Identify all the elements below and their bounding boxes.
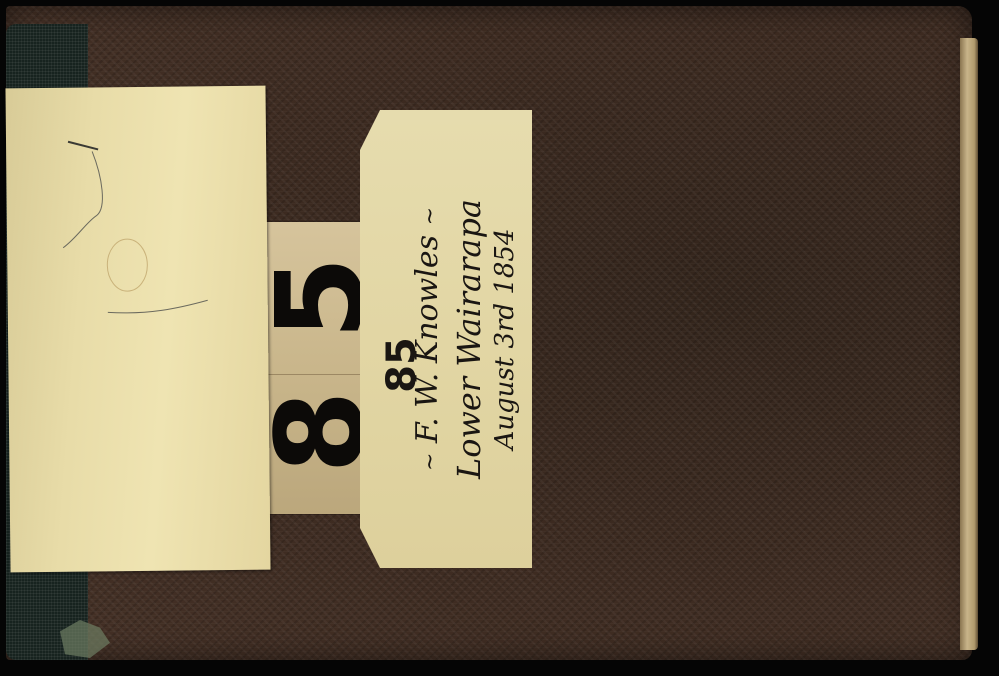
flourish: ~ [418,453,443,471]
handwritten-label: ~ F. W. Knowles ~ Lower Wairarapa August… [360,110,532,568]
label-place: Lower Wairarapa [450,119,488,559]
numeral-digit: 5 [262,256,362,340]
page-edges [960,38,978,650]
paper-slip [5,86,270,573]
pencil-marks [56,136,228,328]
numeral-digit: 8 [262,390,362,474]
label-date: August 3rd 1854 [490,119,520,559]
label-number: 85 [379,337,425,393]
flourish: ~ [418,207,443,225]
